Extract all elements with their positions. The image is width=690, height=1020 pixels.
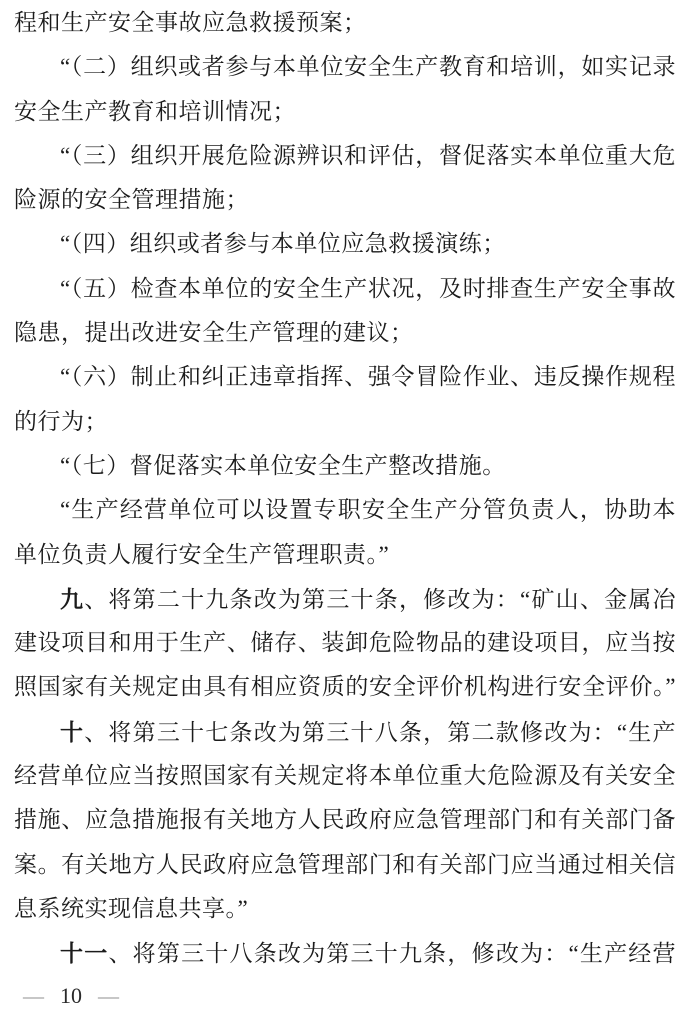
line-text: “（二）组织或者参与本单位安全生产教育和培训，如实记录 [60, 54, 676, 79]
line-text: 、将第三十八条改为第三十九条，修改为：“生产经营 [108, 941, 676, 966]
document-page: 程和生产安全事故应急救援预案；“（二）组织或者参与本单位安全生产教育和培训，如实… [0, 0, 690, 1020]
text-line: 隐患，提出改进安全生产管理的建议； [14, 311, 676, 355]
text-line: “（七）督促落实本单位安全生产整改措施。 [14, 444, 676, 488]
text-line: 经营单位应当按照国家有关规定将本单位重大危险源及有关安全 [14, 754, 676, 798]
footer-right-dash: — [98, 984, 119, 1009]
section-number: 十一 [60, 940, 108, 966]
line-text: 息系统实现信息共享。” [14, 896, 248, 921]
text-line: 息系统实现信息共享。” [14, 887, 676, 931]
text-line: 安全生产教育和培训情况； [14, 90, 676, 134]
line-text: 程和生产安全事故应急救援预案； [14, 10, 367, 35]
line-text: “生产经营单位可以设置专职安全生产分管负责人，协助本 [60, 497, 676, 522]
footer-left-dash: — [23, 984, 44, 1009]
text-line: 措施、应急措施报有关地方人民政府应急管理部门和有关部门备 [14, 798, 676, 842]
text-line: 案。有关地方人民政府应急管理部门和有关部门应当通过相关信 [14, 843, 676, 887]
line-text: 案。有关地方人民政府应急管理部门和有关部门应当通过相关信 [14, 852, 676, 877]
text-line: 十、将第三十七条改为第三十八条，第二款修改为：“生产 [14, 710, 676, 754]
line-text: “（四）组织或者参与本单位应急救援演练； [60, 231, 506, 256]
line-text: 安全生产教育和培训情况； [14, 99, 296, 124]
text-line: “（五）检查本单位的安全生产状况，及时排查生产安全事故 [14, 267, 676, 311]
line-text: “（六）制止和纠正违章指挥、强令冒险作业、违反操作规程 [60, 364, 676, 389]
line-text: “（七）督促落实本单位安全生产整改措施。 [60, 453, 506, 478]
line-text: 险源的安全管理措施； [14, 187, 249, 212]
page-number: 10 [60, 983, 82, 1009]
line-text: 单位负责人履行安全生产管理职责。” [14, 542, 389, 567]
text-line: “（六）制止和纠正违章指挥、强令冒险作业、违反操作规程 [14, 355, 676, 399]
page-footer: — 10 — [23, 981, 119, 1011]
section-number: 九 [60, 586, 84, 612]
line-text: 、将第三十七条改为第三十八条，第二款修改为：“生产 [84, 720, 676, 745]
line-text: 的行为； [14, 409, 108, 434]
line-text: 建设项目和用于生产、储存、装卸危险物品的建设项目，应当按 [14, 630, 676, 655]
text-line: “（三）组织开展危险源辨识和评估，督促落实本单位重大危 [14, 134, 676, 178]
line-text: 经营单位应当按照国家有关规定将本单位重大危险源及有关安全 [14, 763, 676, 788]
text-line: “（四）组织或者参与本单位应急救援演练； [14, 222, 676, 266]
text-line: 建设项目和用于生产、储存、装卸危险物品的建设项目，应当按 [14, 621, 676, 665]
text-line: 程和生产安全事故应急救援预案； [14, 1, 676, 45]
section-number: 十 [60, 719, 84, 745]
document-body: 程和生产安全事故应急救援预案；“（二）组织或者参与本单位安全生产教育和培训，如实… [14, 1, 676, 976]
text-line: “生产经营单位可以设置专职安全生产分管负责人，协助本 [14, 488, 676, 532]
text-line: 险源的安全管理措施； [14, 178, 676, 222]
text-line: 照国家有关规定由具有相应资质的安全评价机构进行安全评价。” [14, 665, 676, 709]
line-text: 措施、应急措施报有关地方人民政府应急管理部门和有关部门备 [14, 807, 676, 832]
text-line: “（二）组织或者参与本单位安全生产教育和培训，如实记录 [14, 45, 676, 89]
line-text: 、将第二十九条改为第三十条，修改为：“矿山、金属冶炼 [14, 587, 676, 621]
text-line: 十一、将第三十八条改为第三十九条，修改为：“生产经营 [14, 931, 676, 975]
line-text: “（五）检查本单位的安全生产状况，及时排查生产安全事故 [60, 276, 676, 301]
text-line: 九、将第二十九条改为第三十条，修改为：“矿山、金属冶炼 [14, 577, 676, 621]
line-text: 隐患，提出改进安全生产管理的建议； [14, 320, 414, 345]
line-text: 照国家有关规定由具有相应资质的安全评价机构进行安全评价。” [14, 674, 676, 699]
text-line: 单位负责人履行安全生产管理职责。” [14, 533, 676, 577]
text-line: 的行为； [14, 400, 676, 444]
line-text: “（三）组织开展危险源辨识和评估，督促落实本单位重大危 [60, 143, 676, 168]
